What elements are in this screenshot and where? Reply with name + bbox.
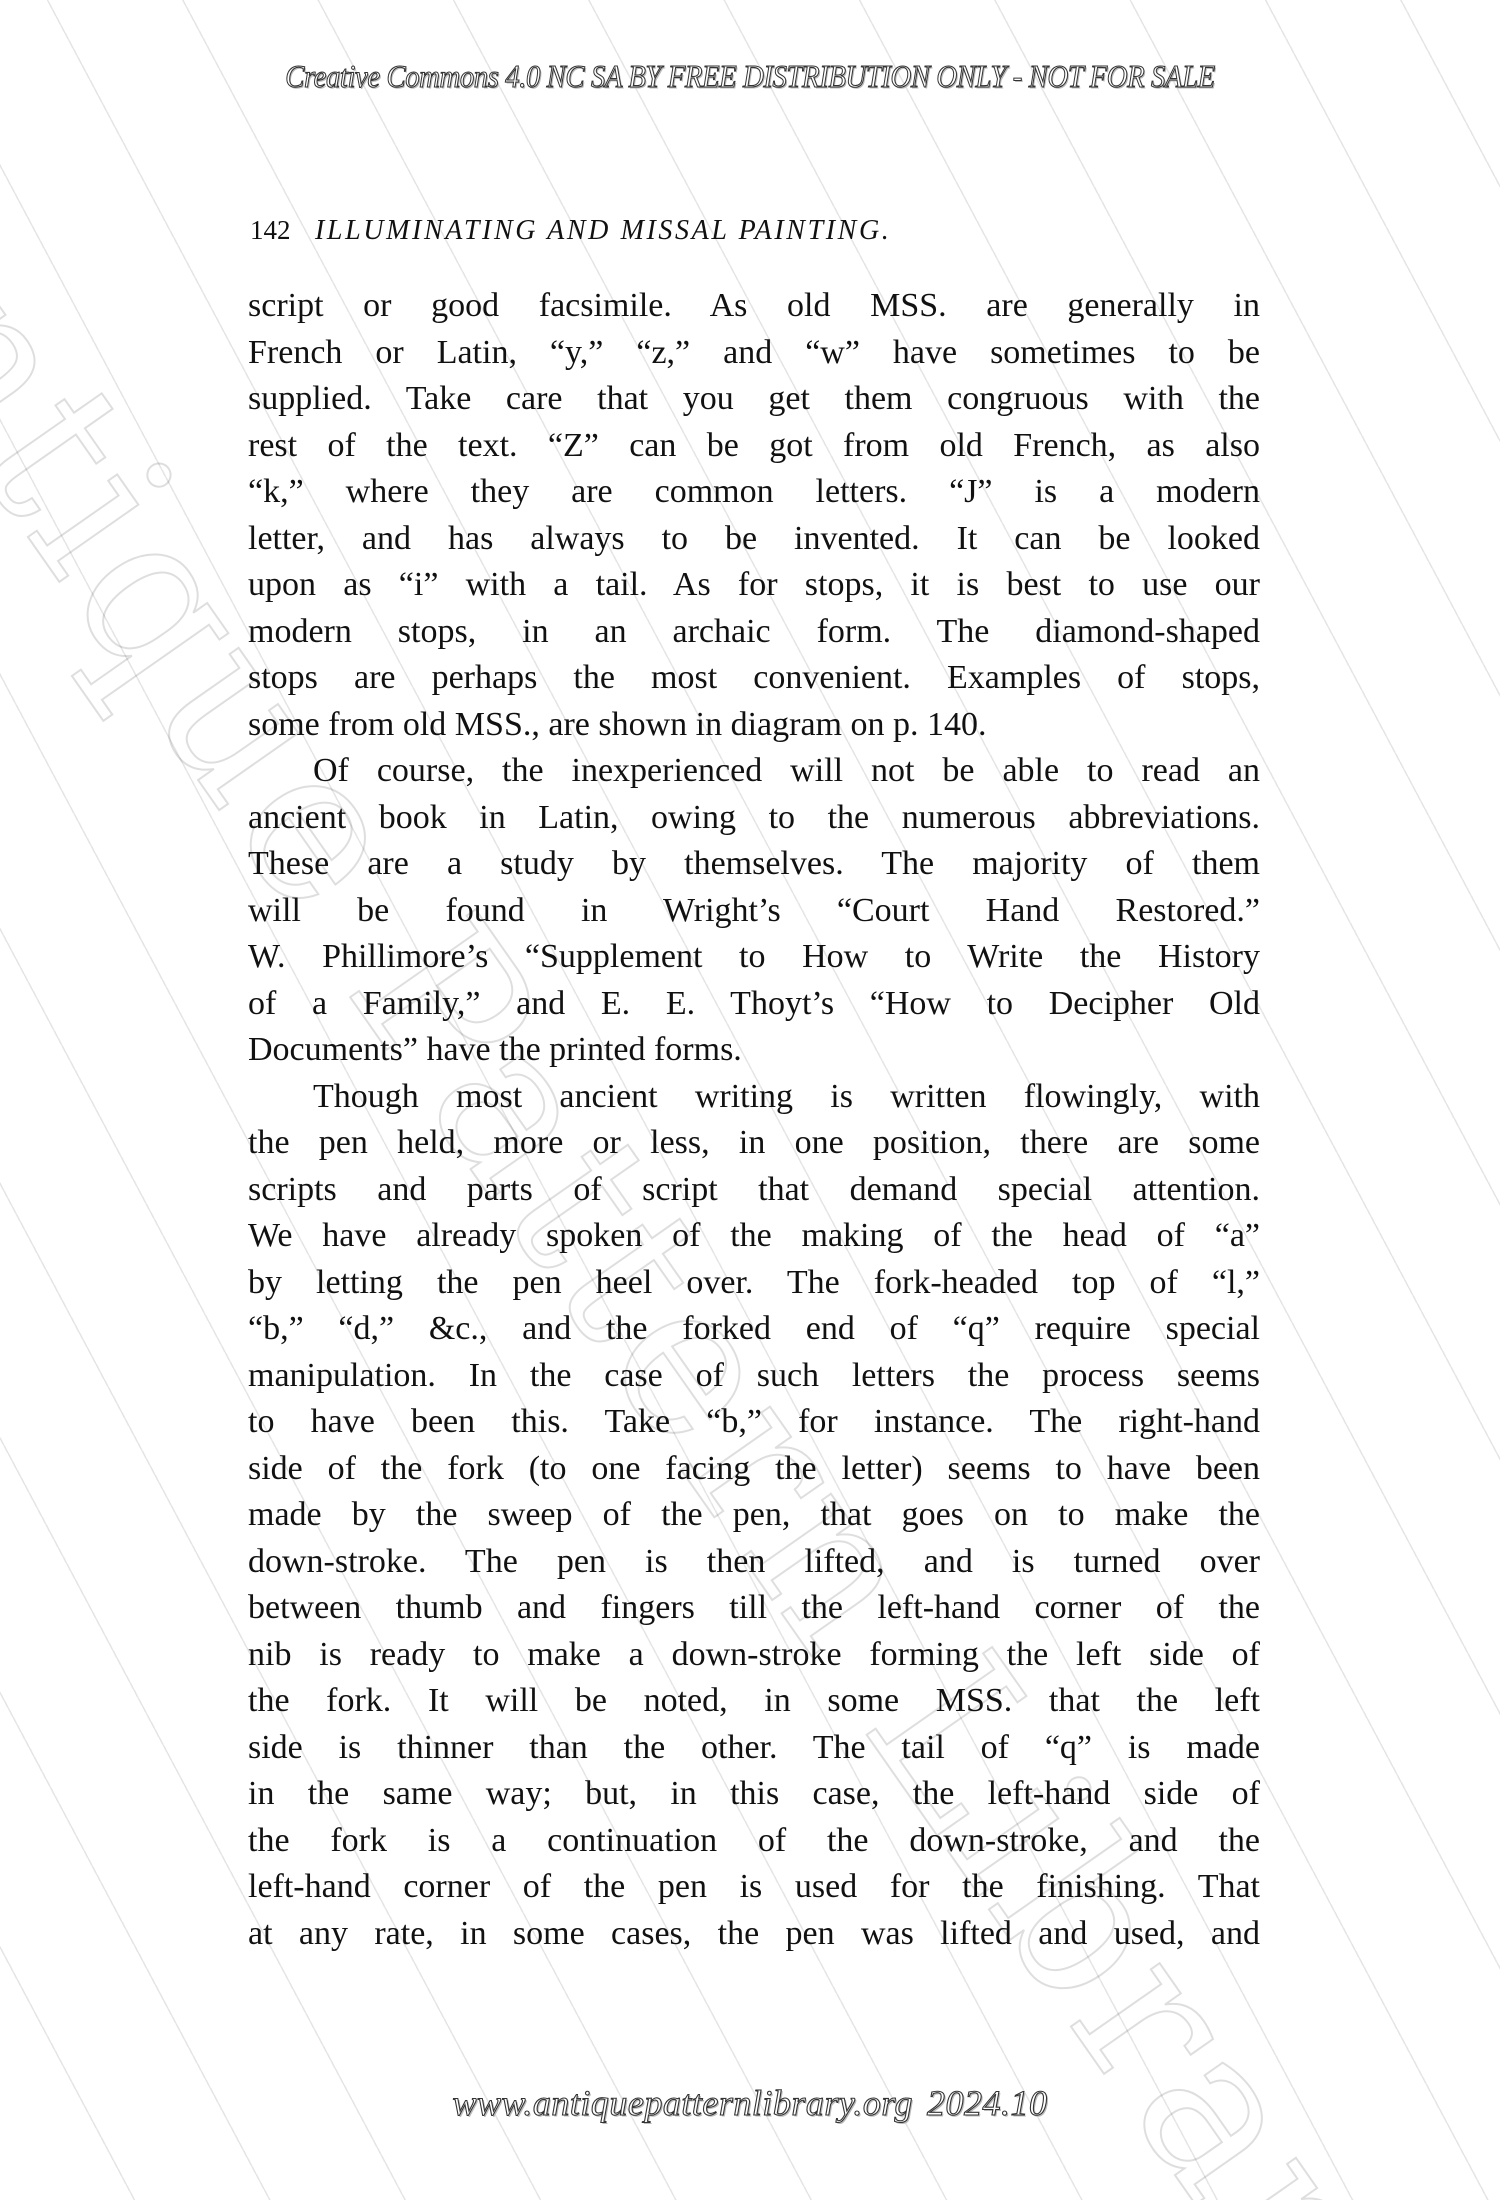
text-line: left-hand corner of the pen is used for … [248,1864,1260,1911]
text-line: side of the fork (to one facing the lett… [248,1446,1260,1493]
text-line: rest of the text. “Z” can be got from ol… [248,423,1260,470]
page-number: 142 [250,215,315,246]
text-line: Documents” have the printed forms. [248,1027,1260,1074]
footer-edition: 2024.10 [927,2083,1048,2123]
text-line: made by the sweep of the pen, that goes … [248,1492,1260,1539]
text-line: Of course, the inexperienced will not be… [248,748,1260,795]
text-line: of a Family,” and E. E. Thoyt’s “How to … [248,981,1260,1028]
text-line: W. Phillimore’s “Supplement to How to Wr… [248,934,1260,981]
text-line: script or good facsimile. As old MSS. ar… [248,283,1260,330]
text-line: side is thinner than the other. The tail… [248,1725,1260,1772]
text-line: in the same way; but, in this case, the … [248,1771,1260,1818]
text-line: These are a study by themselves. The maj… [248,841,1260,888]
text-line: Though most ancient writing is written f… [248,1074,1260,1121]
text-line: letter, and has always to be invented. I… [248,516,1260,563]
text-line: by letting the pen heel over. The fork-h… [248,1260,1260,1307]
body-text: script or good facsimile. As old MSS. ar… [248,283,1260,1957]
text-line: scripts and parts of script that demand … [248,1167,1260,1214]
running-head: 142 ILLUMINATING AND MISSAL PAINTING. [250,215,1150,255]
text-line: the pen held, more or less, in one posit… [248,1120,1260,1167]
text-line: ancient book in Latin, owing to the nume… [248,795,1260,842]
text-line: upon as “i” with a tail. As for stops, i… [248,562,1260,609]
license-banner: Creative Commons 4.0 NC SA BY FREE DISTR… [75,58,1425,95]
text-line: stops are perhaps the most convenient. E… [248,655,1260,702]
running-title: ILLUMINATING AND MISSAL PAINTING. [315,215,891,247]
text-line: at any rate, in some cases, the pen was … [248,1911,1260,1958]
text-line: nib is ready to make a down-stroke formi… [248,1632,1260,1679]
text-line: down-stroke. The pen is then lifted, and… [248,1539,1260,1586]
text-line: French or Latin, “y,” “z,” and “w” have … [248,330,1260,377]
text-line: the fork is a continuation of the down-s… [248,1818,1260,1865]
text-line: “b,” “d,” &c., and the forked end of “q”… [248,1306,1260,1353]
text-line: to have been this. Take “b,” for instanc… [248,1399,1260,1446]
text-line: the fork. It will be noted, in some MSS.… [248,1678,1260,1725]
footer-watermark: www.antiquepatternlibrary.org2024.10 [0,2082,1500,2124]
text-line: modern stops, in an archaic form. The di… [248,609,1260,656]
text-line: will be found in Wright’s “Court Hand Re… [248,888,1260,935]
text-line: supplied. Take care that you get them co… [248,376,1260,423]
footer-url: www.antiquepatternlibrary.org [452,2083,913,2123]
text-line: some from old MSS., are shown in diagram… [248,702,1260,749]
text-line: manipulation. In the case of such letter… [248,1353,1260,1400]
text-line: between thumb and fingers till the left-… [248,1585,1260,1632]
text-line: We have already spoken of the making of … [248,1213,1260,1260]
text-line: “k,” where they are common letters. “J” … [248,469,1260,516]
